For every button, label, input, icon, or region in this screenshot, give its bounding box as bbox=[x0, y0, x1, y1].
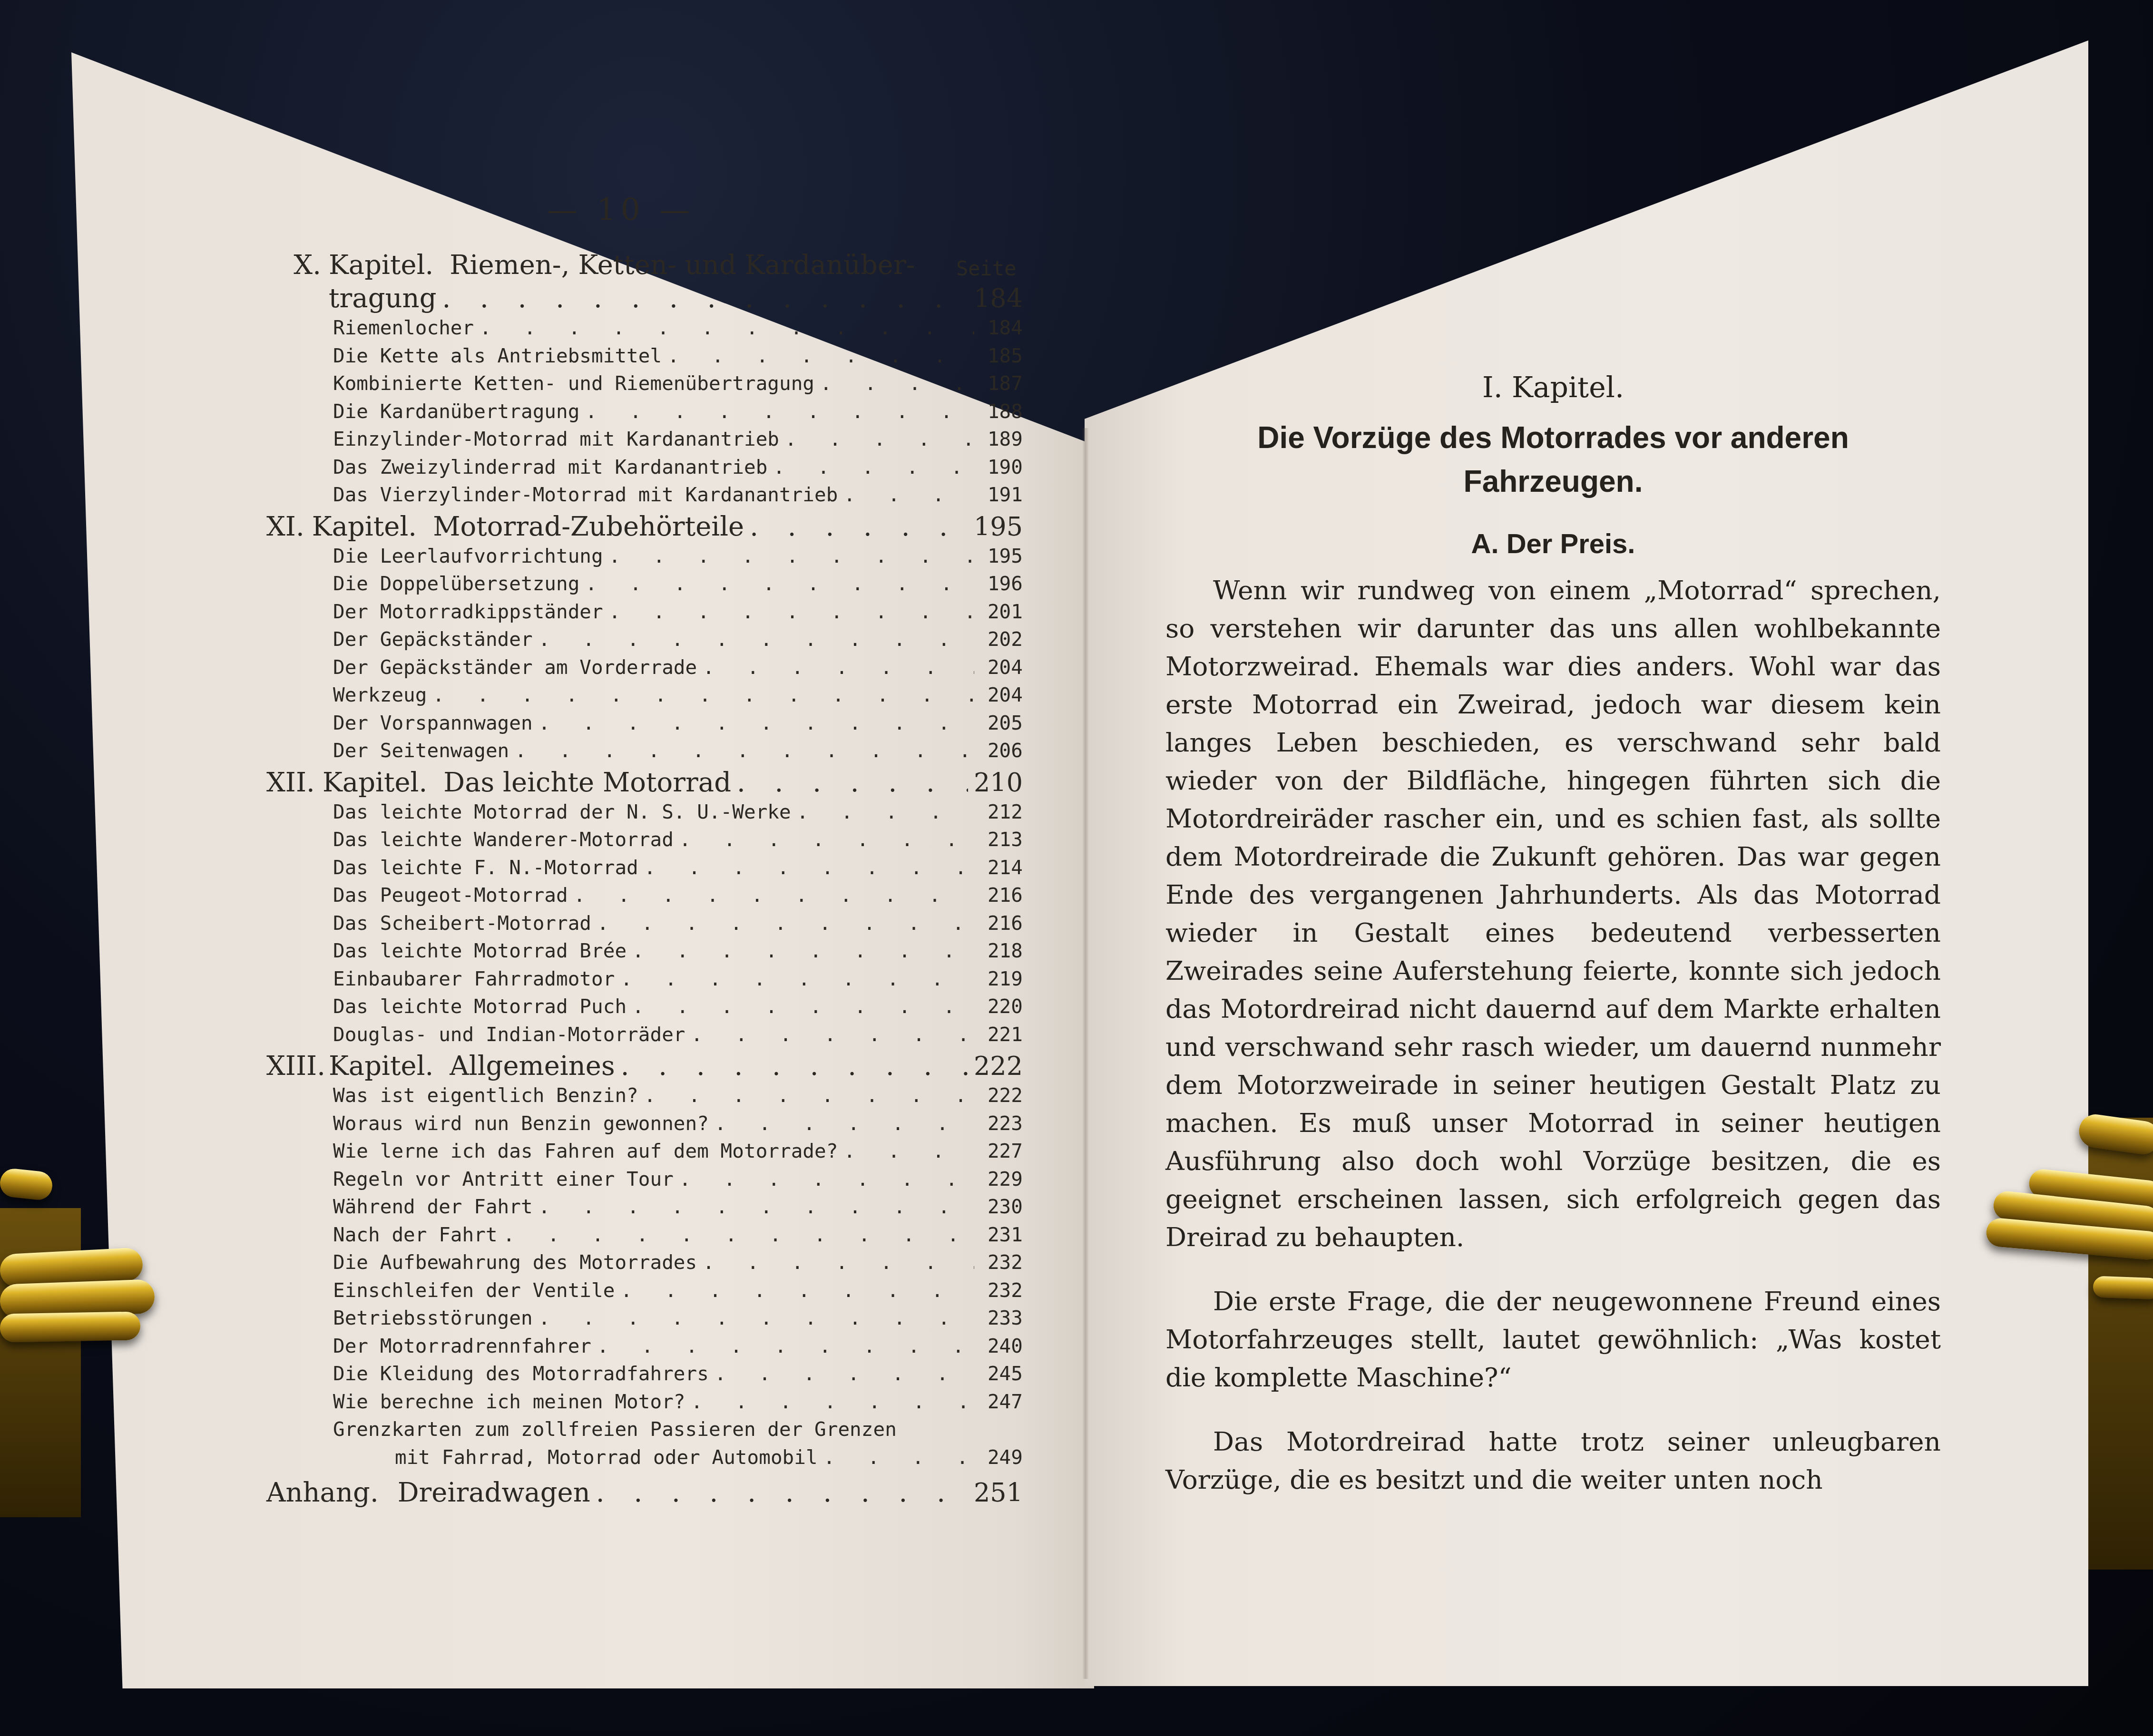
toc-entry: Einzylinder-Motorrad mit Kardanantrieb18… bbox=[266, 425, 1023, 453]
toc-entry: Das Vierzylinder-Motorrad mit Kardanantr… bbox=[266, 481, 1023, 509]
toc-chapter-xiii: XIII.Kapitel.Allgemeines 222 bbox=[266, 1051, 1023, 1082]
toc-entry: Wie berechne ich meinen Motor?247 bbox=[266, 1388, 1023, 1416]
toc-entry: Das Scheibert-Motorrad216 bbox=[266, 909, 1023, 937]
toc-chapter-x-cont: tragung 184 bbox=[266, 283, 1023, 314]
chapter-title: Allgemeines bbox=[450, 1051, 615, 1082]
toc-entry: Der Gepäckständer202 bbox=[266, 625, 1023, 653]
section-heading: A. Der Preis. bbox=[1165, 528, 1941, 560]
toc-entry: Wie lerne ich das Fahren auf dem Motorra… bbox=[266, 1137, 1023, 1165]
toc-entry: Das leichte Wanderer-Motorrad213 bbox=[266, 826, 1023, 854]
toc-entry: Betriebsstörungen233 bbox=[266, 1304, 1023, 1332]
gold-clip-left-top bbox=[0, 1167, 54, 1201]
body-paragraph: Wenn wir rundweg von einem „Motorrad“ sp… bbox=[1165, 571, 1941, 1256]
toc-entry: Das Peugeot-Motorrad216 bbox=[266, 881, 1023, 909]
toc-entry: Nach der Fahrt231 bbox=[266, 1221, 1023, 1249]
toc-entry: Die Kardanübertragung188 bbox=[266, 398, 1023, 426]
book-gutter bbox=[1082, 428, 1089, 1679]
toc-entry: Grenzkarten zum zollfreien Passieren der… bbox=[266, 1415, 1023, 1443]
toc-entry: Während der Fahrt230 bbox=[266, 1193, 1023, 1221]
page-number: — 10 — bbox=[547, 193, 695, 228]
toc-entry: Einbaubarer Fahrradmotor219 bbox=[266, 965, 1023, 993]
toc-entry: Einschleifen der Ventile232 bbox=[266, 1277, 1023, 1305]
toc-entry: Die Leerlaufvorrichtung195 bbox=[266, 542, 1023, 570]
chapter-label: I. Kapitel. bbox=[1165, 371, 1941, 404]
toc-entry: Woraus wird nun Benzin gewonnen?223 bbox=[266, 1110, 1023, 1138]
toc-entry: Der Seitenwagen206 bbox=[266, 737, 1023, 765]
toc-entry: Was ist eigentlich Benzin?222 bbox=[266, 1082, 1023, 1110]
toc-entry: Das leichte Motorrad der N. S. U.-Werke2… bbox=[266, 798, 1023, 826]
chapter-title: Motorrad-Zubehörteile bbox=[433, 512, 744, 542]
toc-entry: Douglas- und Indian-Motorräder221 bbox=[266, 1021, 1023, 1049]
toc-chapter-x: X.Kapitel.Riemen-, Ketten- und Kardanübe… bbox=[266, 250, 1023, 281]
toc-entry: Regeln vor Antritt einer Tour229 bbox=[266, 1165, 1023, 1193]
toc-entry: Kombinierte Ketten- und Riemenübertragun… bbox=[266, 370, 1023, 398]
table-of-contents: Seite X.Kapitel.Riemen-, Ketten- und Kar… bbox=[266, 247, 1023, 1508]
toc-entry: Der Gepäckständer am Vorderrade204 bbox=[266, 653, 1023, 682]
toc-chapter-xi: XI.Kapitel.Motorrad-Zubehörteile 195 bbox=[266, 512, 1023, 542]
chapter-title: Die Vorzüge des Motorrades vor anderen F… bbox=[1165, 416, 1941, 503]
toc-appendix: Anhang.Dreiradwagen 251 bbox=[266, 1478, 1023, 1508]
toc-entry: Werkzeug204 bbox=[266, 681, 1023, 709]
chapter-title: Das leichte Motorrad bbox=[443, 768, 731, 798]
gold-clip-left-3 bbox=[0, 1311, 141, 1342]
toc-entry: Der Vorspannwagen205 bbox=[266, 709, 1023, 737]
toc-entry: Der Motorradrennfahrer240 bbox=[266, 1332, 1023, 1360]
chapter-body: I. Kapitel. Die Vorzüge des Motorrades v… bbox=[1165, 371, 1941, 1525]
open-book-spread: — 10 — Seite X.Kapitel.Riemen-, Ketten- … bbox=[0, 0, 2153, 1736]
body-paragraph: Das Motordreirad hatte trotz seiner unle… bbox=[1165, 1423, 1941, 1499]
toc-entry: Das leichte F. N.-Motorrad214 bbox=[266, 854, 1023, 882]
toc-entry-continued: mit Fahrrad, Motorrad oder Automobil249 bbox=[266, 1443, 1023, 1472]
appendix-title: Dreiradwagen bbox=[398, 1478, 590, 1508]
page-ref: 184 bbox=[974, 283, 1023, 314]
chapter-title: Riemen-, Ketten- und Kardanüber- bbox=[450, 250, 915, 281]
toc-entry: Die Kleidung des Motorradfahrers245 bbox=[266, 1360, 1023, 1388]
dot-leader bbox=[442, 283, 968, 314]
toc-entry: Das leichte Motorrad Puch220 bbox=[266, 993, 1023, 1021]
body-paragraph: Die erste Frage, die der neugewonnene Fr… bbox=[1165, 1282, 1941, 1396]
toc-entry: Das Zweizylinderrad mit Kardanantrieb190 bbox=[266, 453, 1023, 481]
toc-entry: Das leichte Motorrad Brée218 bbox=[266, 937, 1023, 965]
toc-entry: Die Aufbewahrung des Motorrades232 bbox=[266, 1248, 1023, 1277]
toc-chapter-xii: XII.Kapitel.Das leichte Motorrad 210 bbox=[266, 768, 1023, 798]
toc-entry: Die Doppelübersetzung196 bbox=[266, 570, 1023, 598]
toc-entry: Die Kette als Antriebsmittel185 bbox=[266, 342, 1023, 370]
toc-entry: Riemenlocher184 bbox=[266, 314, 1023, 342]
toc-entry: Der Motorradkippständer201 bbox=[266, 598, 1023, 626]
gold-clip-right-4 bbox=[2093, 1276, 2153, 1300]
